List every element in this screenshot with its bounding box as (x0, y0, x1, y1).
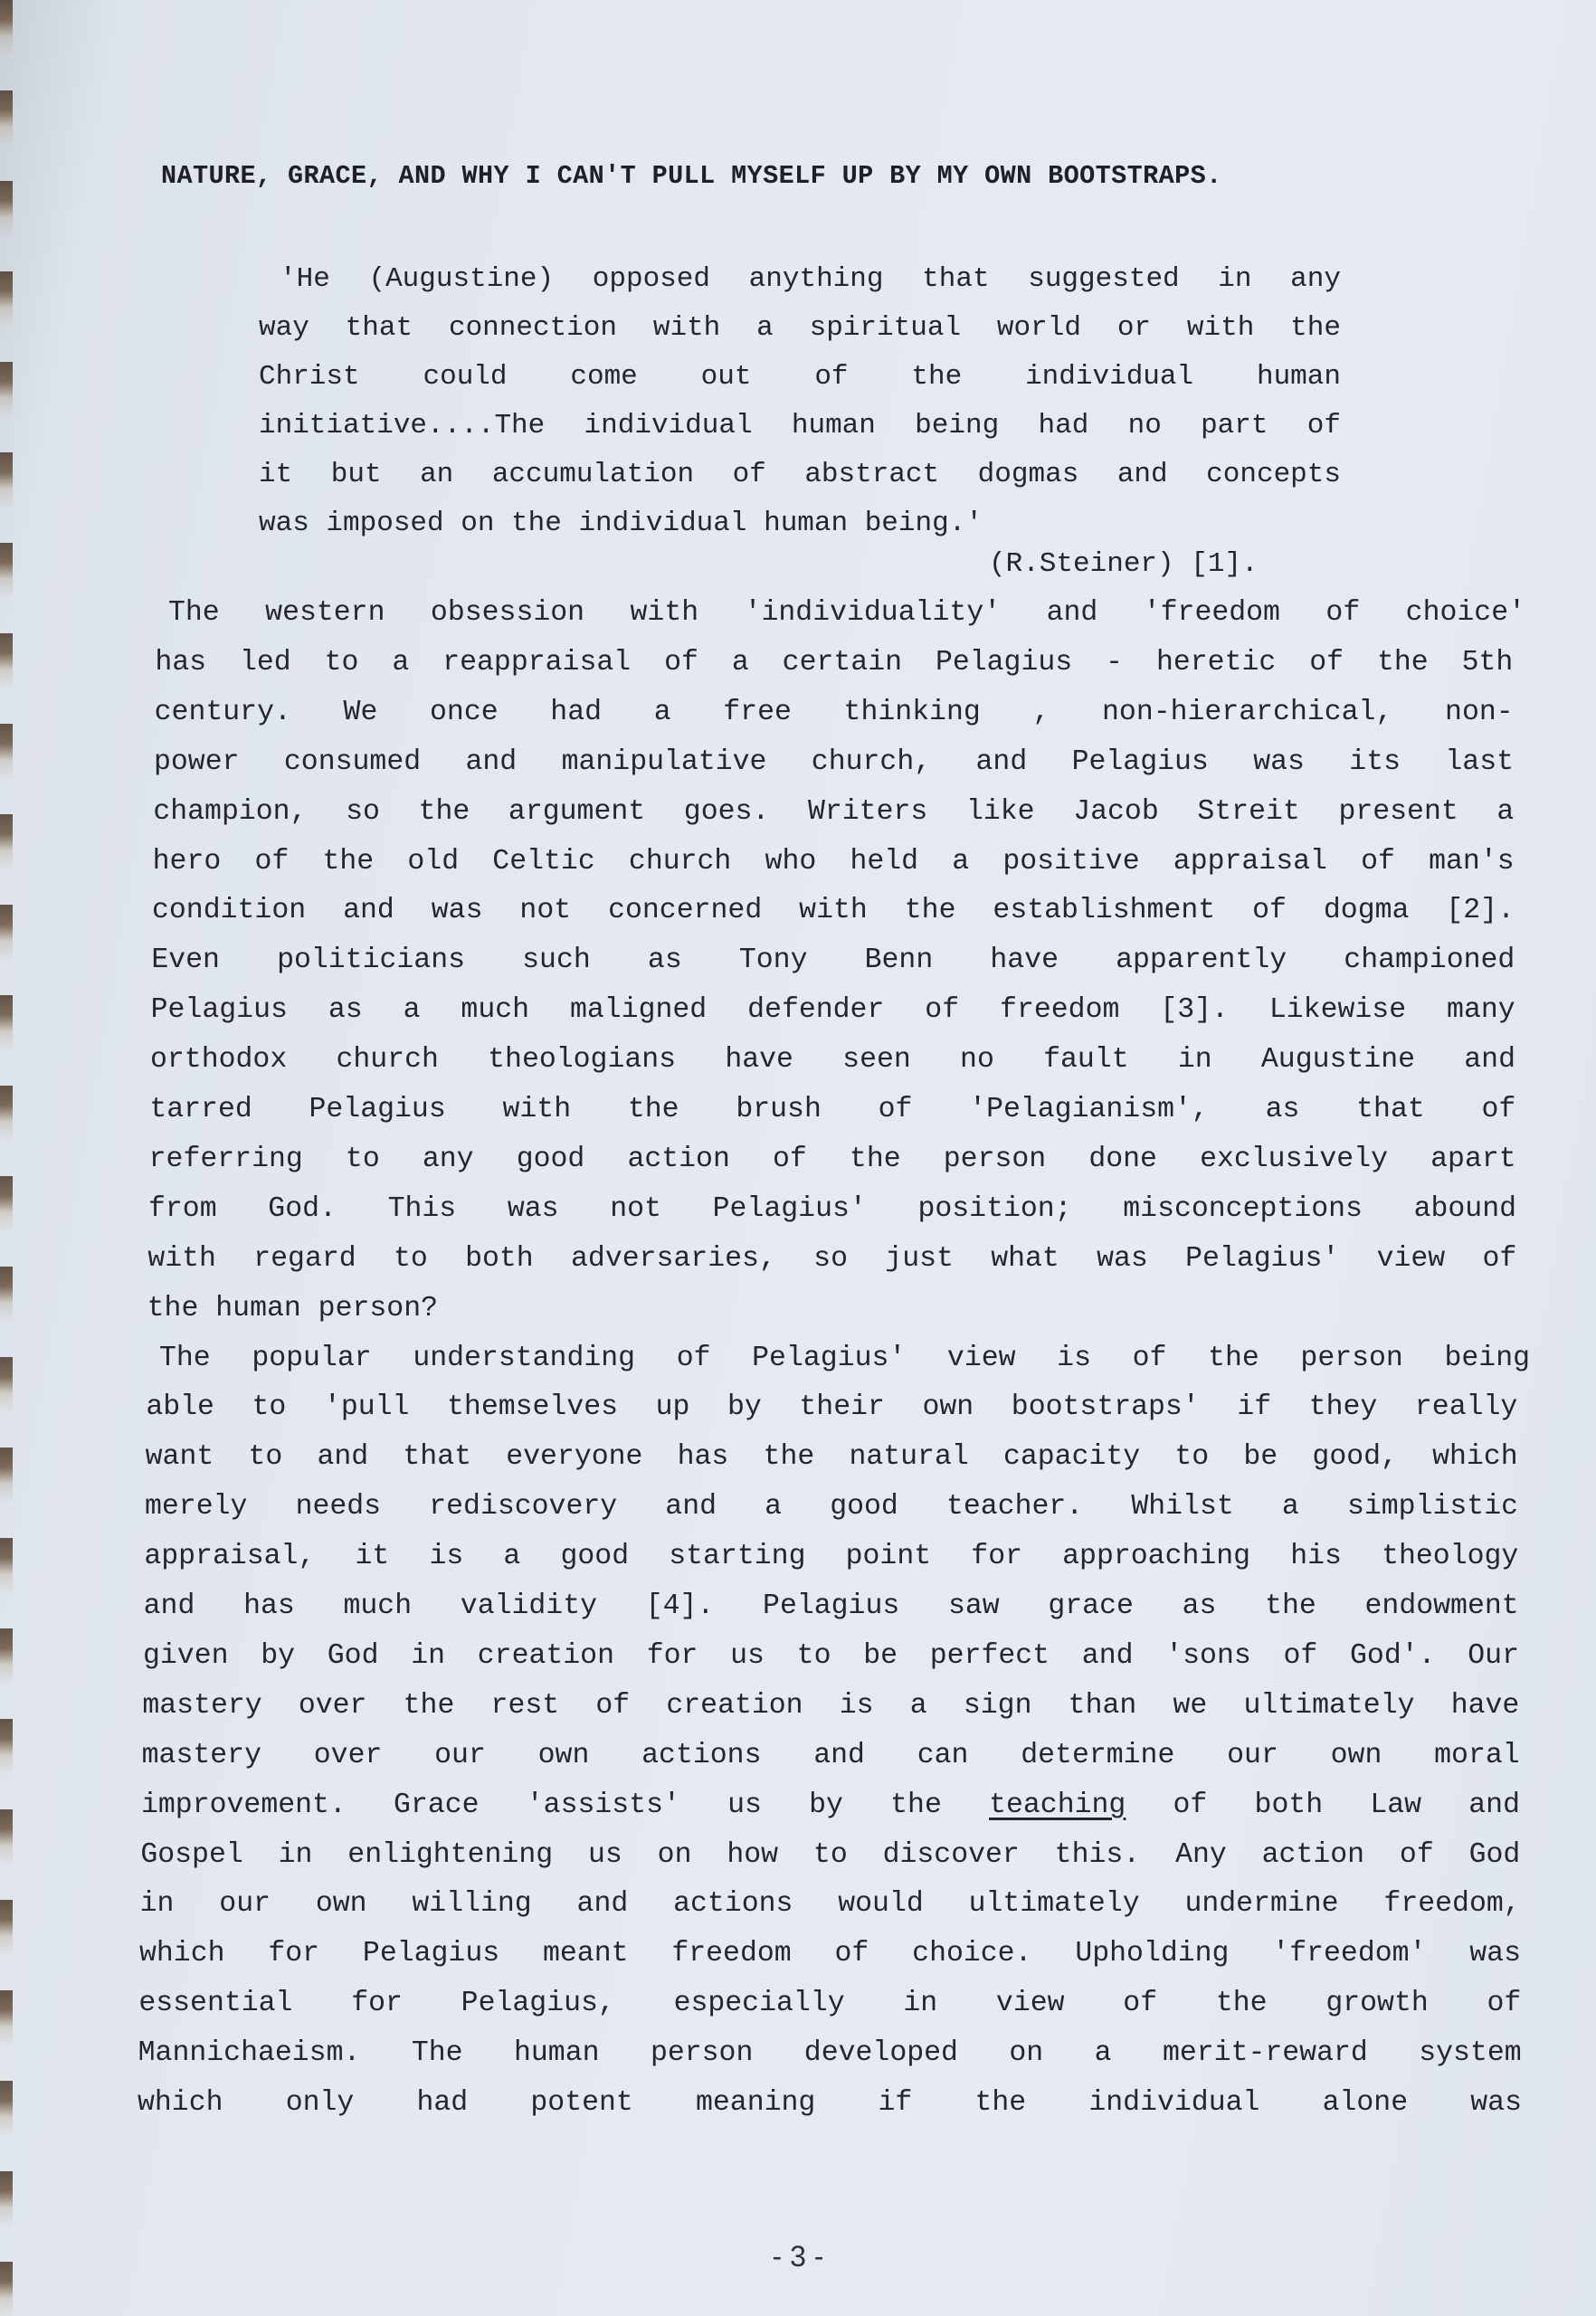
document-title: NATURE, GRACE, AND WHY I CAN'T PULL MYSE… (161, 161, 1482, 191)
epigraph-line: way that connection with a spiritual wor… (259, 304, 1341, 353)
body-line: Gospel in enlightening us on how to disc… (140, 1836, 1520, 1875)
body-line: power consumed and manipulative church, … (154, 743, 1514, 783)
body-line: mastery over our own actions and can det… (142, 1736, 1520, 1776)
underlined-word: teaching (989, 1789, 1126, 1821)
body-line: the human person? (147, 1289, 1517, 1329)
body-line: improvement. Grace 'assists' us by the t… (141, 1786, 1520, 1826)
body-line: tarred Pelagius with the brush of 'Pelag… (149, 1090, 1515, 1130)
body-line: and has much validity [4]. Pelagius saw … (144, 1587, 1519, 1627)
epigraph-attribution: (R.Steiner) [1]. (989, 548, 1259, 580)
body-line: which only had potent meaning if the ind… (138, 2083, 1522, 2123)
page-number: - 3 - (0, 2240, 1596, 2273)
body-line: champion, so the argument goes. Writers … (153, 793, 1514, 832)
body-line: Pelagius as a much maligned defender of … (151, 991, 1515, 1030)
body-line: which for Pelagius meant freedom of choi… (139, 1934, 1521, 1974)
body-line: appraisal, it is a good starting point f… (144, 1537, 1518, 1577)
body-line: hero of the old Celtic church who held a… (153, 842, 1515, 882)
body-line: given by God in creation for us to be pe… (143, 1637, 1519, 1676)
epigraph-line: was imposed on the individual human bein… (259, 499, 1341, 548)
body-line: Mannichaeism. The human person developed… (138, 2034, 1522, 2074)
body-line: condition and was not concerned with the… (152, 891, 1515, 931)
epigraph-line: 'He (Augustine) opposed anything that su… (259, 255, 1341, 304)
epigraph-line: Christ could come out of the individual … (259, 353, 1341, 402)
body-line: in our own willing and actions would ult… (140, 1884, 1521, 1924)
body-line: referring to any good action of the pers… (149, 1140, 1516, 1180)
body-line: Even politicians such as Tony Benn have … (151, 941, 1515, 981)
body-line: want to and that everyone has the natura… (146, 1438, 1518, 1477)
body-line: from God. This was not Pelagius' positio… (148, 1190, 1516, 1229)
body-line: with regard to both adversaries, so just… (147, 1239, 1516, 1279)
body-line: The western obsession with 'individualit… (156, 593, 1525, 633)
body-line: essential for Pelagius, especially in vi… (138, 1984, 1521, 2024)
epigraph-line: initiative....The individual human being… (259, 402, 1341, 451)
spiral-binding-edge (0, 0, 13, 2316)
body-line: orthodox church theologians have seen no… (150, 1040, 1515, 1080)
body-line: has led to a reappraisal of a certain Pe… (155, 643, 1513, 683)
body-line: The popular understanding of Pelagius' v… (147, 1339, 1530, 1379)
epigraph-quote: 'He (Augustine) opposed anything that su… (259, 255, 1341, 548)
body-line: able to 'pull themselves up by their own… (146, 1388, 1517, 1428)
body-line: mastery over the rest of creation is a s… (142, 1686, 1519, 1726)
body-line: century. We once had a free thinking , n… (155, 693, 1514, 733)
epigraph-line: it but an accumulation of abstract dogma… (259, 451, 1341, 499)
body-line: merely needs rediscovery and a good teac… (145, 1487, 1518, 1527)
